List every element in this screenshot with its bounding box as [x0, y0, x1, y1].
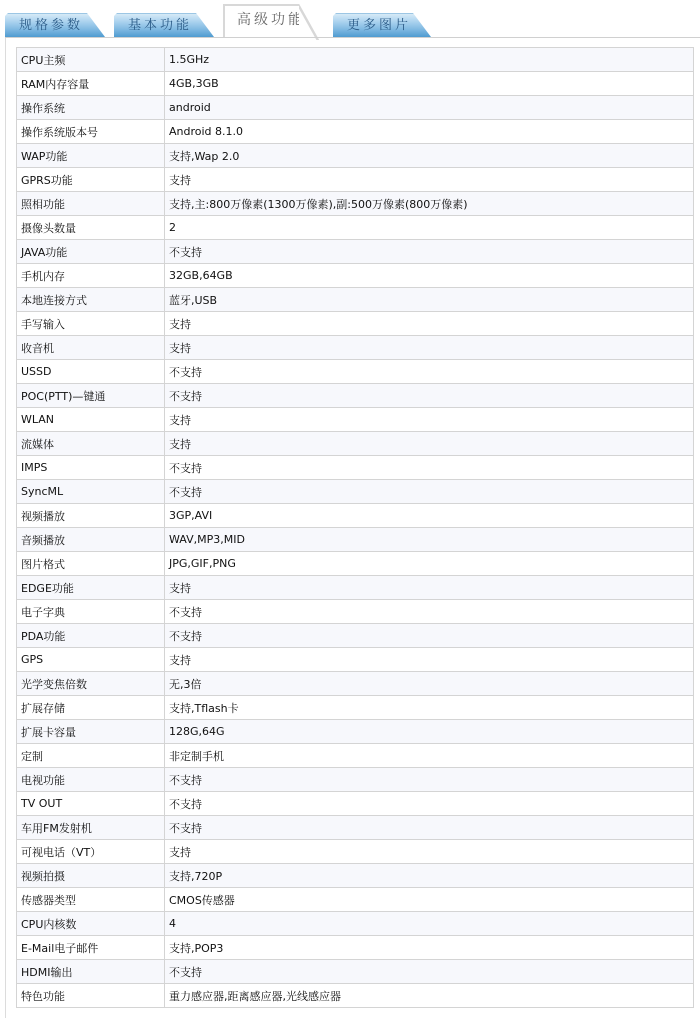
spec-value: 不支持 — [165, 240, 694, 264]
spec-key: EDGE功能 — [17, 576, 165, 600]
spec-key: 图片格式 — [17, 552, 165, 576]
spec-key: POC(PTT)—键通 — [17, 384, 165, 408]
spec-value: 3GP,AVI — [165, 504, 694, 528]
spec-value: WAV,MP3,MID — [165, 528, 694, 552]
spec-key: TV OUT — [17, 792, 165, 816]
spec-value: CMOS传感器 — [165, 888, 694, 912]
spec-value: 不支持 — [165, 768, 694, 792]
table-row: GPRS功能支持 — [17, 168, 694, 192]
spec-value: 128G,64G — [165, 720, 694, 744]
spec-value: android — [165, 96, 694, 120]
spec-value: 支持,720P — [165, 864, 694, 888]
table-row: POC(PTT)—键通不支持 — [17, 384, 694, 408]
spec-value: 1.5GHz — [165, 48, 694, 72]
spec-key: 手写输入 — [17, 312, 165, 336]
spec-key: E-Mail电子邮件 — [17, 936, 165, 960]
spec-value: 32GB,64GB — [165, 264, 694, 288]
tab-content-panel: CPU主频1.5GHzRAM内存容量4GB,3GB操作系统android操作系统… — [5, 38, 700, 1018]
spec-value: 支持 — [165, 576, 694, 600]
table-row: 操作系统版本号Android 8.1.0 — [17, 120, 694, 144]
tab-advanced-features[interactable]: 高级功能 — [223, 4, 319, 38]
spec-value: 支持,主:800万像素(1300万像素),副:500万像素(800万像素) — [165, 192, 694, 216]
table-row: 可视电话（VT）支持 — [17, 840, 694, 864]
spec-key: GPRS功能 — [17, 168, 165, 192]
table-row: IMPS不支持 — [17, 456, 694, 480]
tab-label: 规格参数 — [19, 18, 83, 33]
tab-bar: 规格参数 基本功能 高级功能 更多图片 — [0, 0, 700, 38]
table-row: PDA功能不支持 — [17, 624, 694, 648]
spec-key: CPU内核数 — [17, 912, 165, 936]
spec-key: 操作系统版本号 — [17, 120, 165, 144]
spec-key: WLAN — [17, 408, 165, 432]
table-row: GPS支持 — [17, 648, 694, 672]
spec-value: 支持,Wap 2.0 — [165, 144, 694, 168]
spec-key: IMPS — [17, 456, 165, 480]
spec-value: 不支持 — [165, 816, 694, 840]
spec-key: USSD — [17, 360, 165, 384]
spec-key: 扩展卡容量 — [17, 720, 165, 744]
table-row: JAVA功能不支持 — [17, 240, 694, 264]
spec-value: 不支持 — [165, 600, 694, 624]
spec-value: 不支持 — [165, 360, 694, 384]
table-row: SyncML不支持 — [17, 480, 694, 504]
table-row: 扩展存储支持,Tflash卡 — [17, 696, 694, 720]
spec-key: 手机内存 — [17, 264, 165, 288]
spec-value: 支持 — [165, 336, 694, 360]
table-row: 本地连接方式蓝牙,USB — [17, 288, 694, 312]
table-row: 手机内存32GB,64GB — [17, 264, 694, 288]
spec-key: 定制 — [17, 744, 165, 768]
spec-value: 支持 — [165, 432, 694, 456]
table-row: CPU内核数4 — [17, 912, 694, 936]
table-row: TV OUT不支持 — [17, 792, 694, 816]
spec-value: 不支持 — [165, 384, 694, 408]
spec-value: 蓝牙,USB — [165, 288, 694, 312]
table-row: WLAN支持 — [17, 408, 694, 432]
spec-value: 支持,POP3 — [165, 936, 694, 960]
spec-key: GPS — [17, 648, 165, 672]
spec-key: 本地连接方式 — [17, 288, 165, 312]
table-row: 图片格式JPG,GIF,PNG — [17, 552, 694, 576]
spec-value: 支持 — [165, 840, 694, 864]
spec-key: JAVA功能 — [17, 240, 165, 264]
table-row: E-Mail电子邮件支持,POP3 — [17, 936, 694, 960]
spec-value: 非定制手机 — [165, 744, 694, 768]
table-row: 车用FM发射机不支持 — [17, 816, 694, 840]
tab-label: 基本功能 — [128, 18, 192, 33]
table-row: 特色功能重力感应器,距离感应器,光线感应器 — [17, 984, 694, 1008]
table-row: 电子字典不支持 — [17, 600, 694, 624]
table-row: 音频播放WAV,MP3,MID — [17, 528, 694, 552]
tab-specs[interactable]: 规格参数 — [5, 13, 105, 37]
spec-key: 电子字典 — [17, 600, 165, 624]
spec-value: 无,3倍 — [165, 672, 694, 696]
spec-value: 支持,Tflash卡 — [165, 696, 694, 720]
spec-value: 2 — [165, 216, 694, 240]
table-row: 传感器类型CMOS传感器 — [17, 888, 694, 912]
table-row: USSD不支持 — [17, 360, 694, 384]
spec-table-body: CPU主频1.5GHzRAM内存容量4GB,3GB操作系统android操作系统… — [17, 48, 694, 1008]
table-row: 定制非定制手机 — [17, 744, 694, 768]
spec-value: 支持 — [165, 168, 694, 192]
spec-key: 操作系统 — [17, 96, 165, 120]
spec-key: 收音机 — [17, 336, 165, 360]
spec-key: 电视功能 — [17, 768, 165, 792]
spec-value: 不支持 — [165, 792, 694, 816]
table-row: 收音机支持 — [17, 336, 694, 360]
tab-more-images[interactable]: 更多图片 — [333, 13, 431, 37]
table-row: 光学变焦倍数无,3倍 — [17, 672, 694, 696]
spec-key: CPU主频 — [17, 48, 165, 72]
spec-value: 不支持 — [165, 456, 694, 480]
spec-key: 音频播放 — [17, 528, 165, 552]
table-row: 操作系统android — [17, 96, 694, 120]
spec-key: 视频播放 — [17, 504, 165, 528]
table-row: HDMI输出不支持 — [17, 960, 694, 984]
tab-basic-features[interactable]: 基本功能 — [114, 13, 214, 37]
table-row: 摄像头数量2 — [17, 216, 694, 240]
spec-key: PDA功能 — [17, 624, 165, 648]
spec-key: 传感器类型 — [17, 888, 165, 912]
spec-key: 车用FM发射机 — [17, 816, 165, 840]
spec-key: SyncML — [17, 480, 165, 504]
table-row: 流媒体支持 — [17, 432, 694, 456]
spec-value: 4GB,3GB — [165, 72, 694, 96]
spec-key: 摄像头数量 — [17, 216, 165, 240]
spec-key: 特色功能 — [17, 984, 165, 1008]
spec-key: 流媒体 — [17, 432, 165, 456]
spec-value: 不支持 — [165, 624, 694, 648]
spec-value: 支持 — [165, 408, 694, 432]
table-row: 照相功能支持,主:800万像素(1300万像素),副:500万像素(800万像素… — [17, 192, 694, 216]
spec-value: 重力感应器,距离感应器,光线感应器 — [165, 984, 694, 1008]
table-row: 视频拍摄支持,720P — [17, 864, 694, 888]
table-row: 手写输入支持 — [17, 312, 694, 336]
tab-label: 更多图片 — [347, 18, 411, 33]
table-row: 视频播放3GP,AVI — [17, 504, 694, 528]
spec-key: HDMI输出 — [17, 960, 165, 984]
spec-value: 不支持 — [165, 960, 694, 984]
table-row: EDGE功能支持 — [17, 576, 694, 600]
spec-key: 光学变焦倍数 — [17, 672, 165, 696]
spec-key: 照相功能 — [17, 192, 165, 216]
spec-value: 4 — [165, 912, 694, 936]
tab-label: 高级功能 — [237, 12, 305, 28]
spec-value: 支持 — [165, 648, 694, 672]
spec-table: CPU主频1.5GHzRAM内存容量4GB,3GB操作系统android操作系统… — [16, 47, 694, 1008]
spec-value: Android 8.1.0 — [165, 120, 694, 144]
spec-value: JPG,GIF,PNG — [165, 552, 694, 576]
table-row: 扩展卡容量128G,64G — [17, 720, 694, 744]
spec-key: 可视电话（VT） — [17, 840, 165, 864]
spec-value: 不支持 — [165, 480, 694, 504]
spec-key: 视频拍摄 — [17, 864, 165, 888]
table-row: RAM内存容量4GB,3GB — [17, 72, 694, 96]
table-row: CPU主频1.5GHz — [17, 48, 694, 72]
spec-key: 扩展存储 — [17, 696, 165, 720]
spec-key: RAM内存容量 — [17, 72, 165, 96]
table-row: 电视功能不支持 — [17, 768, 694, 792]
spec-value: 支持 — [165, 312, 694, 336]
spec-key: WAP功能 — [17, 144, 165, 168]
table-row: WAP功能支持,Wap 2.0 — [17, 144, 694, 168]
